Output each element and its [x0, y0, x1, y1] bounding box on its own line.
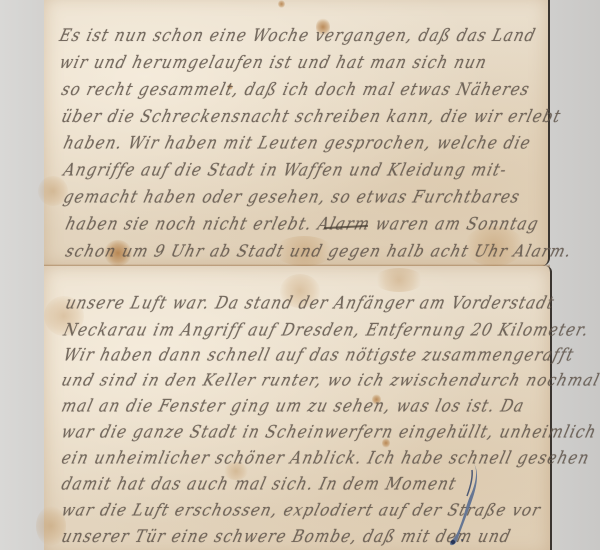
handwritten-line: über die Schreckensnacht schreiben kann,…	[59, 106, 563, 127]
letter-top-half: Es ist nun schon eine Woche vergangen, d…	[44, 0, 550, 266]
handwritten-line: ein unheimlicher schöner Anblick. Ich ha…	[59, 448, 592, 469]
handwritten-line: Wir haben dann schnell auf das nötigste …	[61, 345, 576, 366]
blue-ink-smudge	[448, 462, 478, 546]
handwritten-line: unsere Luft war. Da stand der Anfänger a…	[63, 293, 557, 314]
handwritten-line: haben. Wir haben mit Leuten gesprochen, …	[61, 133, 533, 154]
handwritten-line: Angriffe auf die Stadt in Waffen und Kle…	[61, 160, 509, 181]
photo-scene: Es ist nun schon eine Woche vergangen, d…	[0, 0, 600, 550]
handwritten-line: unserer Tür eine schwere Bombe, daß mit …	[59, 526, 513, 547]
handwritten-line: schon um 9 Uhr ab Stadt und gegen halb a…	[63, 241, 574, 262]
stain	[374, 268, 424, 292]
handwritten-line: gemacht haben oder gesehen, so etwas Fur…	[61, 187, 522, 208]
handwritten-line: war die ganze Stadt in Scheinwerfern ein…	[59, 422, 599, 443]
handwritten-line: haben sie noch nicht erlebt. Alarm waren…	[63, 214, 541, 235]
handwritten-line: damit hat das auch mal sich. In dem Mome…	[59, 474, 459, 495]
handwritten-line: so recht gesammelt, daß ich doch mal etw…	[59, 79, 532, 100]
handwritten-line: wir und herumgelaufen ist und hat man si…	[57, 52, 489, 73]
handwritten-line: Es ist nun schon eine Woche vergangen, d…	[57, 25, 538, 46]
handwritten-line: Neckarau im Angriff auf Dresden, Entfern…	[61, 320, 591, 341]
handwritten-line: und sind in den Keller runter, wo ich zw…	[59, 370, 600, 391]
handwritten-line: mal an die Fenster ging um zu sehen, was…	[59, 396, 527, 417]
stain	[278, 0, 285, 8]
